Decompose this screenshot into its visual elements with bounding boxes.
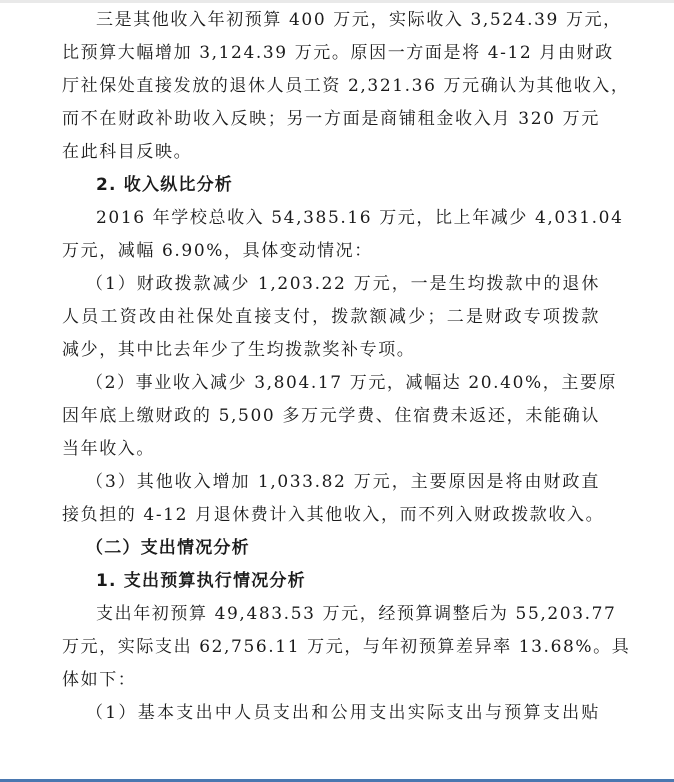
subsection-heading: 1. 支出预算执行情况分析 (62, 565, 600, 598)
text-line: 接负担的 4-12 月退休费计入其他收入，而不列入财政拨款收入。 (62, 499, 600, 532)
section-heading: （二）支出情况分析 (62, 532, 600, 565)
text-line: 体如下： (62, 664, 600, 697)
text-line: （1）财政拨款减少 1,203.22 万元，一是生均拨款中的退休 (62, 268, 600, 301)
document-page: 三是其他收入年初预算 400 万元，实际收入 3,524.39 万元， 比预算大… (62, 4, 600, 730)
text-line: （3）其他收入增加 1,033.82 万元，主要原因是将由财政直 (62, 466, 600, 499)
text-line: 因年底上缴财政的 5,500 多万元学费、住宿费未返还，未能确认 (62, 400, 600, 433)
text-line: 减少，其中比去年少了生均拨款奖补专项。 (62, 334, 600, 367)
page-top-edge (0, 0, 674, 3)
text-line: （2）事业收入减少 3,804.17 万元，减幅达 20.40%，主要原 (62, 367, 600, 400)
text-line: 比预算大幅增加 3,124.39 万元。原因一方面是将 4-12 月由财政 (62, 37, 600, 70)
text-line: 支出年初预算 49,483.53 万元，经预算调整后为 55,203.77 (62, 598, 600, 631)
text-line: 在此科目反映。 (62, 136, 600, 169)
text-line: 而不在财政补助收入反映；另一方面是商铺租金收入月 320 万元 (62, 103, 600, 136)
text-line: 当年收入。 (62, 433, 600, 466)
text-line: 人员工资改由社保处直接支付，拨款额减少；二是财政专项拨款 (62, 301, 600, 334)
text-line: 三是其他收入年初预算 400 万元，实际收入 3,524.39 万元， (62, 4, 600, 37)
subsection-heading: 2. 收入纵比分析 (62, 169, 600, 202)
text-line: 2016 年学校总收入 54,385.16 万元，比上年减少 4,031.04 (62, 202, 600, 235)
text-line: （1）基本支出中人员支出和公用支出实际支出与预算支出贴 (62, 697, 600, 730)
text-line: 厅社保处直接发放的退休人员工资 2,321.36 万元确认为其他收入， (62, 70, 600, 103)
text-line: 万元，实际支出 62,756.11 万元，与年初预算差异率 13.68%。具 (62, 631, 600, 664)
text-line: 万元，减幅 6.90%，具体变动情况： (62, 235, 600, 268)
